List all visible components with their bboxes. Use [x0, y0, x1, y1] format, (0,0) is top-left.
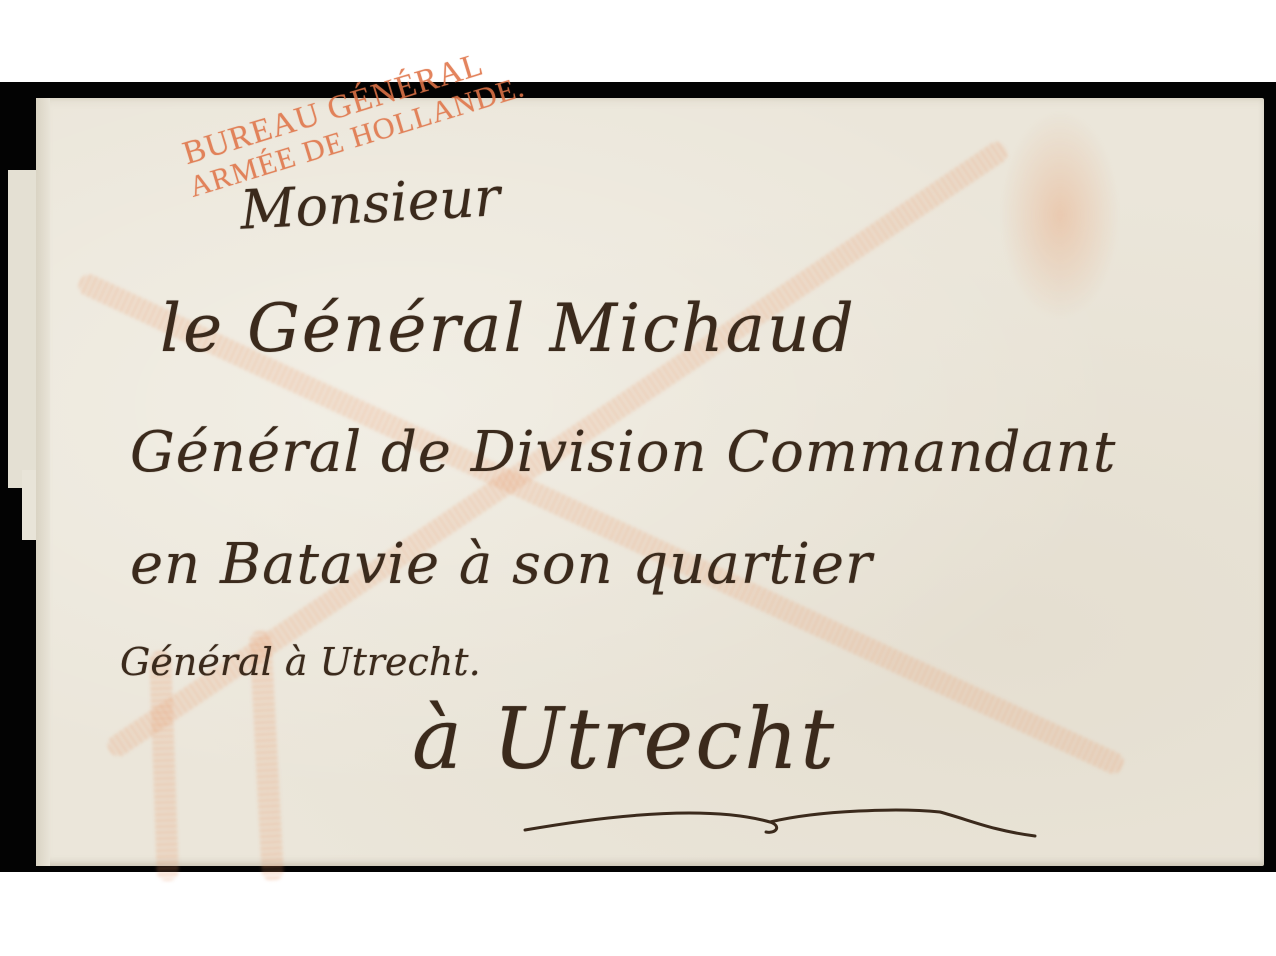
address-line-recipient: le Général Michaud	[160, 290, 856, 367]
address-line-headquarters: Général à Utrecht.	[120, 640, 481, 684]
address-line-rank: Général de Division Commandant	[130, 420, 1116, 485]
address-line-destination: à Utrecht	[412, 690, 836, 788]
flourish-underline-icon	[520, 800, 1040, 840]
crayon-smudge	[1000, 110, 1120, 320]
letter-fold-edge	[36, 98, 50, 866]
address-line-location: en Batavie à son quartier	[130, 532, 873, 597]
